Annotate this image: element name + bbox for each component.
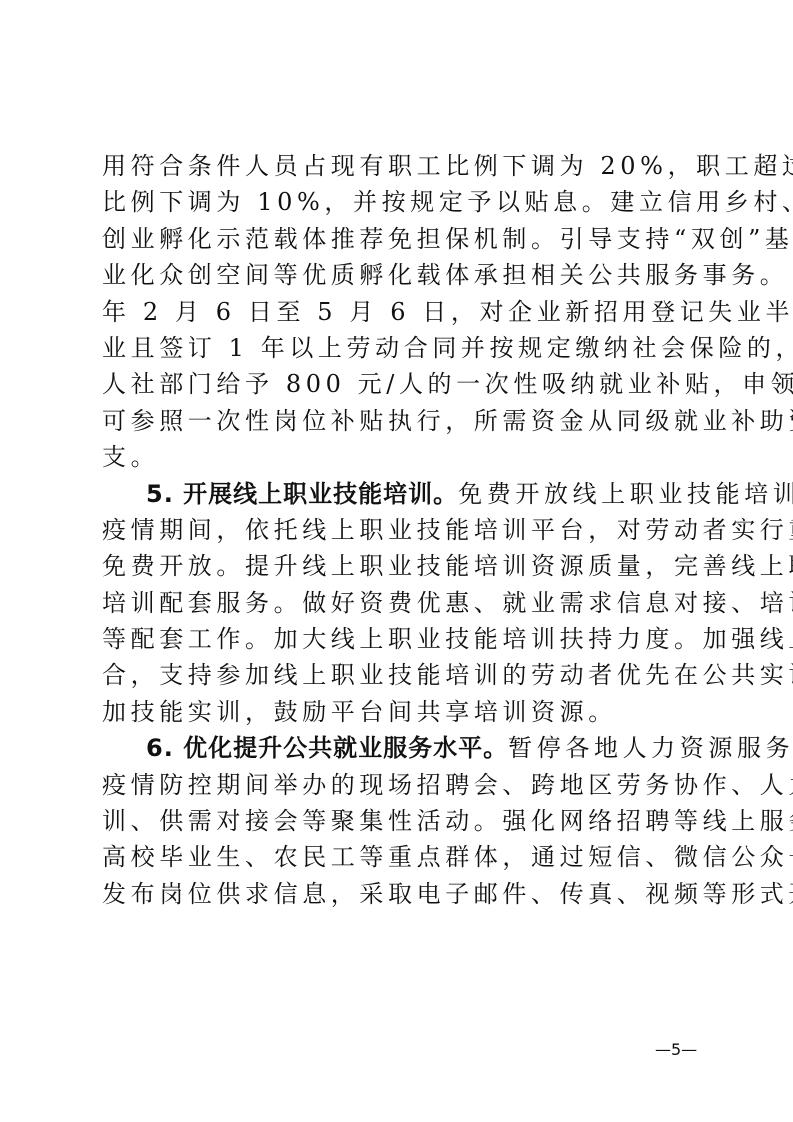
- document-page: 用符合条件人员占现有职工比例下调为 20%，职工超过 100 人的 比例下调为 …: [0, 0, 793, 1122]
- text-line: 免费开放。提升线上职业技能培训资源质量，完善线上职业技能: [102, 548, 698, 584]
- text-line: 创业孵化示范载体推荐免担保机制。引导支持“双创”基地、专: [102, 221, 698, 257]
- text-line: 可参照一次性岗位补贴执行，所需资金从同级就业补助资金中列: [102, 403, 698, 439]
- section-5-first-line: 5. 开展线上职业技能培训。免费开放线上职业技能培训资源。: [102, 476, 698, 512]
- text-line: 合，支持参加线上职业技能培训的劳动者优先在公共实训基地参: [102, 657, 698, 693]
- text-line: 疫情防控期间举办的现场招聘会、跨地区劳务协作、人力资源培: [102, 767, 698, 803]
- text-line: 用符合条件人员占现有职工比例下调为 20%，职工超过 100 人的: [102, 148, 698, 184]
- text-line: 高校毕业生、农民工等重点群体，通过短信、微信公众号、网络: [102, 839, 698, 875]
- text-line: 培训配套服务。做好资费优惠、就业需求信息对接、培训后评估: [102, 585, 698, 621]
- paragraph-section-6: 6. 优化提升公共就业服务水平。暂停各地人力资源服务机构 疫情防控期间举办的现场…: [102, 730, 698, 912]
- text-line: 等配套工作。加大线上职业技能培训扶持力度。加强线上线下融: [102, 621, 698, 657]
- text-line: 发布岗位供求信息，采取电子邮件、传真、视频等形式开展远程: [102, 876, 698, 912]
- text-line: 加技能实训，鼓励平台间共享培训资源。: [102, 694, 698, 730]
- text-line: 年 2 月 6 日至 5 月 6 日，对企业新招用登记失业半年以上人员就: [102, 294, 698, 330]
- text-line: 训、供需对接会等聚集性活动。强化网络招聘等线上服务，针对: [102, 803, 698, 839]
- document-body: 用符合条件人员占现有职工比例下调为 20%，职工超过 100 人的 比例下调为 …: [102, 148, 698, 912]
- paragraph-continuation: 用符合条件人员占现有职工比例下调为 20%，职工超过 100 人的 比例下调为 …: [102, 148, 698, 476]
- text-line: 业且签订 1 年以上劳动合同并按规定缴纳社会保险的，由县市区: [102, 330, 698, 366]
- section-6-first-line-text: 暂停各地人力资源服务机构: [508, 734, 793, 762]
- text-line: 人社部门给予 800 元/人的一次性吸纳就业补贴，申领审批流程: [102, 366, 698, 402]
- section-6-first-line: 6. 优化提升公共就业服务水平。暂停各地人力资源服务机构: [102, 730, 698, 766]
- section-5-first-line-text: 免费开放线上职业技能培训资源。: [458, 480, 793, 508]
- page-number: —5—: [655, 1040, 697, 1059]
- paragraph-section-5: 5. 开展线上职业技能培训。免费开放线上职业技能培训资源。 疫情期间，依托线上职…: [102, 476, 698, 731]
- text-line: 业化众创空间等优质孵化载体承担相关公共服务事务。自 2020: [102, 257, 698, 293]
- section-6-heading: 6. 优化提升公共就业服务水平。: [146, 734, 508, 762]
- text-line: 比例下调为 10%，并按规定予以贴息。建立信用乡村、信用园区、: [102, 184, 698, 220]
- text-line: 疫情期间，依托线上职业技能培训平台，对劳动者实行重点课程: [102, 512, 698, 548]
- section-5-heading: 5. 开展线上职业技能培训。: [146, 480, 458, 508]
- text-line: 支。: [102, 439, 698, 475]
